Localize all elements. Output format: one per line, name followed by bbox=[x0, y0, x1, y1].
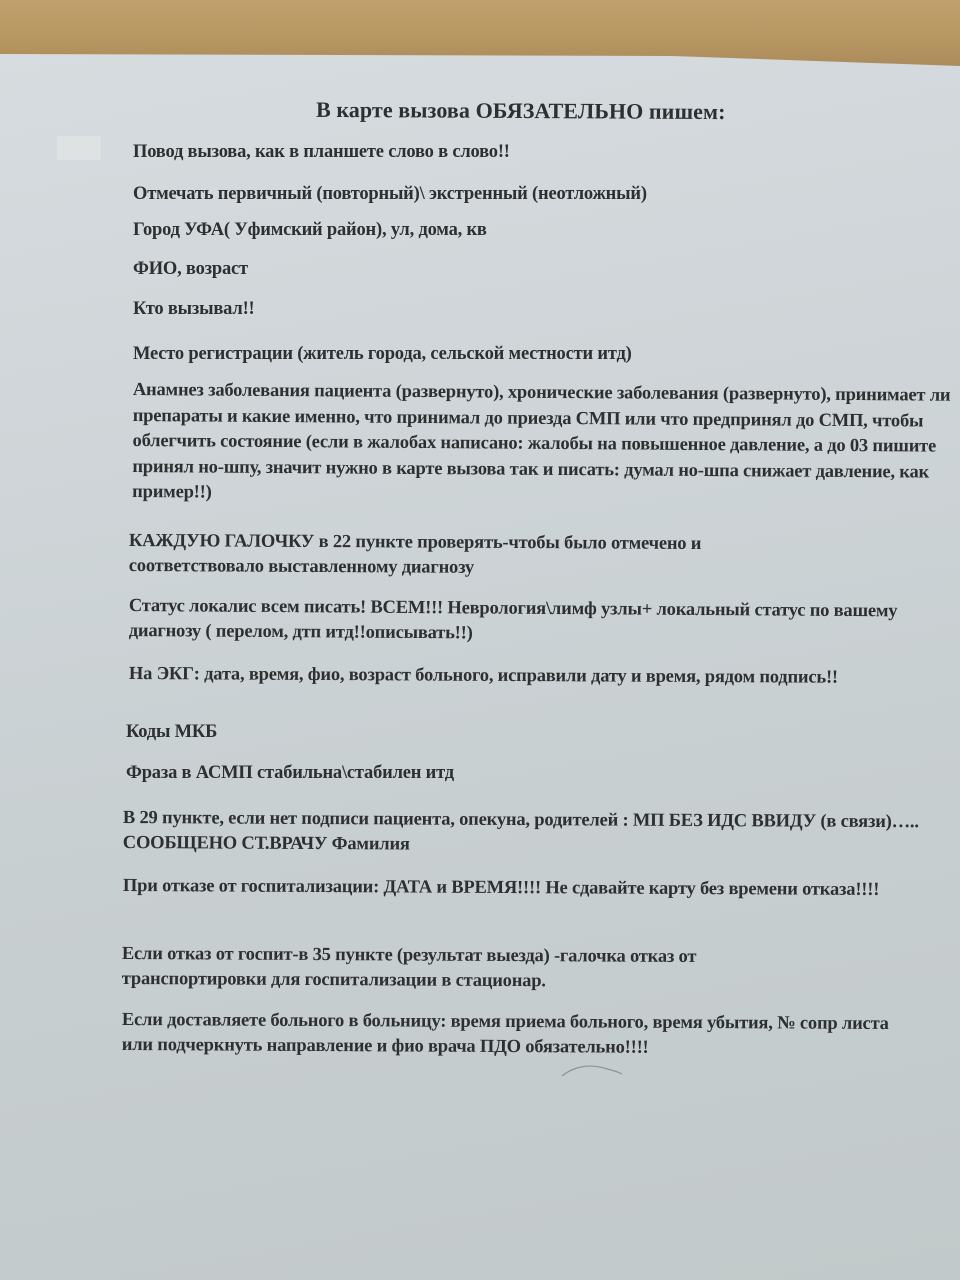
list-item-hospital-delivery: Если доставляете больного в больницу: вр… bbox=[122, 1008, 922, 1062]
list-item-icd-codes: Коды МКБ bbox=[126, 720, 826, 745]
pencil-mark bbox=[560, 1062, 624, 1078]
list-item-ecg: На ЭКГ: дата, время, фио, возраст больно… bbox=[129, 662, 869, 691]
list-item-name-age: ФИО, возраст bbox=[133, 257, 833, 282]
list-item-primary-emergency: Отмечать первичный (повторный)\ экстренн… bbox=[133, 182, 833, 207]
document-title: В карте вызова ОБЯЗАТЕЛЬНО пишем: bbox=[316, 97, 726, 124]
list-item-signature: В 29 пункте, если нет подписи пациента, … bbox=[123, 806, 943, 860]
list-item-registration: Место регистрации (житель города, сельск… bbox=[133, 342, 833, 367]
list-item-anamnesis: Анамнез заболевания пациента (развернуто… bbox=[132, 378, 955, 511]
list-item-address: Город УФА( Уфимский район), ул, дома, кв bbox=[133, 218, 833, 243]
list-item-refusal: При отказе от госпитализации: ДАТА и ВРЕ… bbox=[123, 874, 923, 903]
list-item-caller: Кто вызывал!! bbox=[133, 297, 833, 322]
list-item-checkmarks: КАЖДУЮ ГАЛОЧКУ в 22 пункте проверять-что… bbox=[129, 529, 809, 583]
list-item-refusal-point-35: Если отказ от госпит-в 35 пункте (резуль… bbox=[122, 942, 812, 996]
list-item-status-localis: Статус локалис всем писать! ВСЕМ!!! Невр… bbox=[129, 594, 959, 650]
tape-mark bbox=[57, 136, 101, 160]
list-item-reason: Повод вызова, как в планшете слово в сло… bbox=[133, 140, 833, 165]
list-item-asmp-phrase: Фраза в АСМП стабильна\стабилен итд bbox=[126, 761, 826, 786]
